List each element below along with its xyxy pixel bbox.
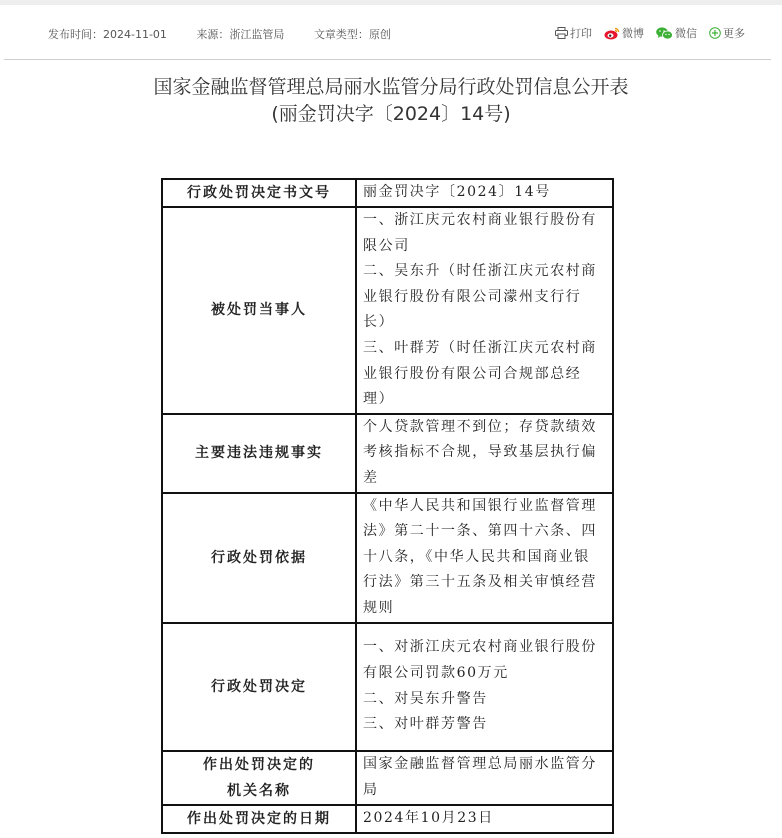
row-label: 作出处罚决定的日期 bbox=[162, 805, 356, 833]
row-label: 被处罚当事人 bbox=[162, 207, 356, 414]
page-title: 国家金融监督管理总局丽水监管分局行政处罚信息公开表 (丽金罚决字〔2024〕14… bbox=[0, 74, 782, 128]
table-row-penalized-party: 被处罚当事人 一、浙江庆元农村商业银行股份有 限公司 二、吴东升（时任浙江庆元农… bbox=[162, 207, 613, 414]
table-row-issuing-authority: 作出处罚决定的 机关名称 国家金融监督管理总局丽水监管分 局 bbox=[162, 751, 613, 805]
row-value: 一、对浙江庆元农村商业银行股份 有限公司罚款60万元 二、对吴东升警告 三、对叶… bbox=[356, 623, 613, 751]
row-label: 行政处罚决定 bbox=[162, 623, 356, 751]
header-divider bbox=[4, 59, 771, 60]
more-share-button[interactable]: 更多 bbox=[709, 25, 745, 41]
row-label: 行政处罚决定书文号 bbox=[162, 179, 356, 207]
table-row-violation-facts: 主要违法违规事实 个人贷款管理不到位；存贷款绩效 考核指标不合规，导致基层执行偏… bbox=[162, 414, 613, 493]
article-type: 文章类型：原创 bbox=[314, 28, 391, 41]
row-value: 2024年10月23日 bbox=[356, 805, 613, 833]
publish-time: 发布时间：2024-11-01 bbox=[48, 28, 167, 41]
row-value: 《中华人民共和国银行业监督管理 法》第二十一条、第四十六条、四 十八条，《中华人… bbox=[356, 493, 613, 623]
printer-icon bbox=[555, 27, 568, 39]
row-label: 作出处罚决定的 机关名称 bbox=[162, 751, 356, 805]
row-value: 一、浙江庆元农村商业银行股份有 限公司 二、吴东升（时任浙江庆元农村商 业银行股… bbox=[356, 207, 613, 414]
top-band bbox=[0, 0, 782, 5]
wechat-icon bbox=[656, 27, 673, 40]
plus-circle-icon bbox=[709, 27, 721, 39]
row-label: 主要违法违规事实 bbox=[162, 414, 356, 493]
weibo-icon bbox=[604, 27, 620, 40]
table-row-legal-basis: 行政处罚依据 《中华人民共和国银行业监督管理 法》第二十一条、第四十六条、四 十… bbox=[162, 493, 613, 623]
table-row-penalty-decision: 行政处罚决定 一、对浙江庆元农村商业银行股份 有限公司罚款60万元 二、对吴东升… bbox=[162, 623, 613, 751]
table-row-decision-date: 作出处罚决定的日期 2024年10月23日 bbox=[162, 805, 613, 833]
title-line-2: (丽金罚决字〔2024〕14号) bbox=[0, 101, 782, 128]
penalty-info-table: 行政处罚决定书文号 丽金罚决字〔2024〕14号 被处罚当事人 一、浙江庆元农村… bbox=[161, 178, 614, 834]
row-label: 行政处罚依据 bbox=[162, 493, 356, 623]
row-value: 个人贷款管理不到位；存贷款绩效 考核指标不合规，导致基层执行偏 差 bbox=[356, 414, 613, 493]
share-bar: 打印 微博 微信 更多 bbox=[555, 25, 745, 41]
table-row-document-number: 行政处罚决定书文号 丽金罚决字〔2024〕14号 bbox=[162, 179, 613, 207]
row-value: 国家金融监督管理总局丽水监管分 局 bbox=[356, 751, 613, 805]
title-line-1: 国家金融监督管理总局丽水监管分局行政处罚信息公开表 bbox=[0, 74, 782, 101]
source: 来源：浙江监管局 bbox=[196, 28, 284, 41]
print-button[interactable]: 打印 bbox=[555, 25, 592, 41]
weibo-share-button[interactable]: 微博 bbox=[604, 25, 644, 41]
wechat-share-button[interactable]: 微信 bbox=[656, 25, 697, 41]
row-value: 丽金罚决字〔2024〕14号 bbox=[356, 179, 613, 207]
article-meta: 发布时间：2024-11-01 来源：浙江监管局 文章类型：原创 bbox=[48, 26, 417, 42]
